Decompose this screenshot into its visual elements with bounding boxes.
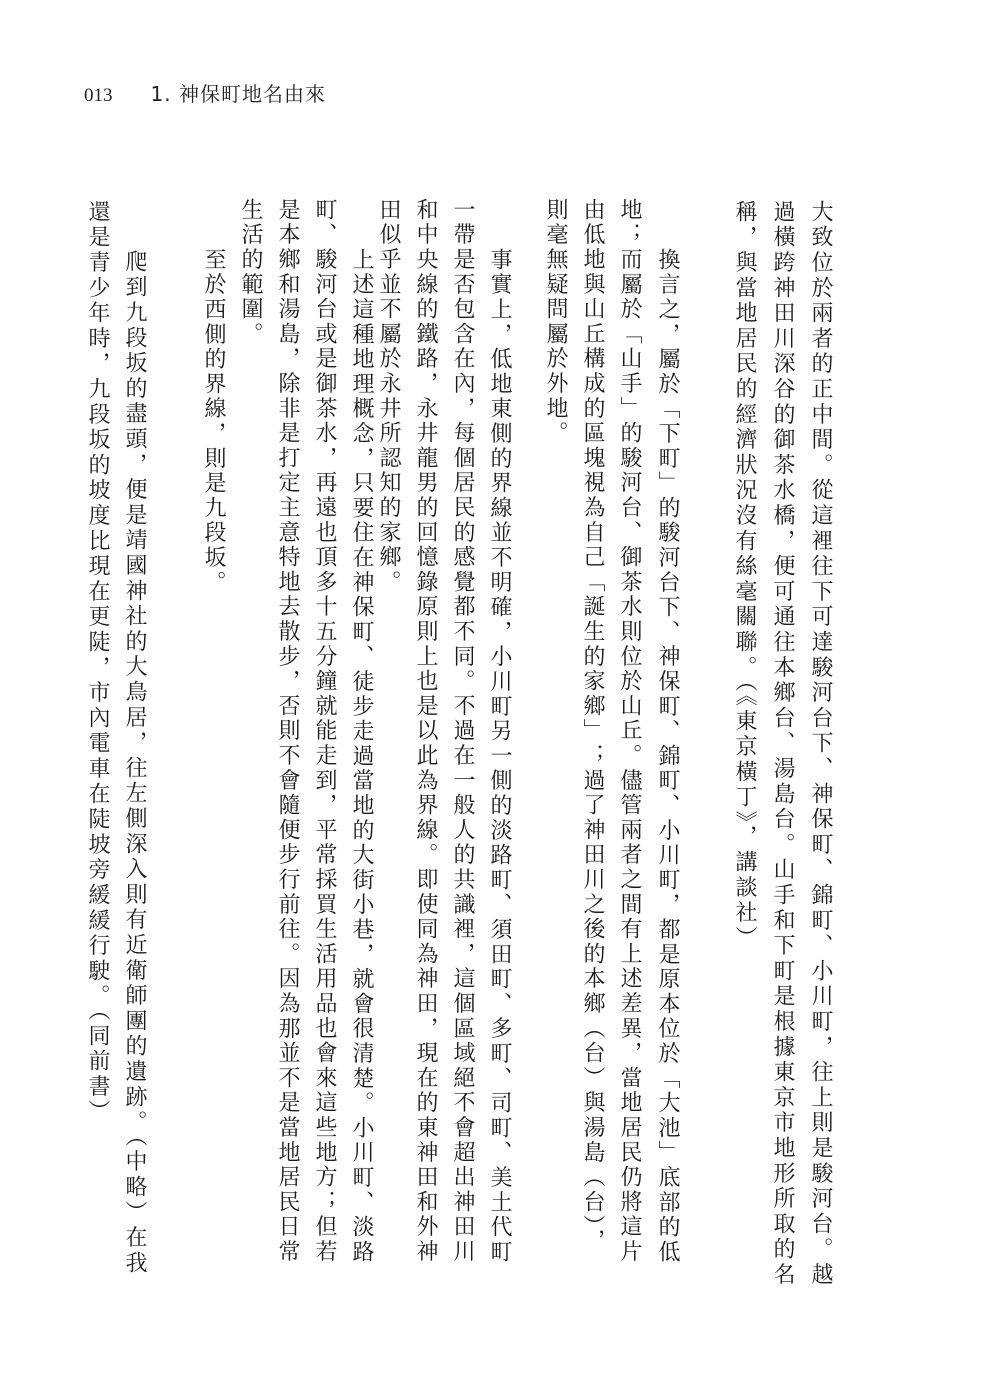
paragraph-line: 至於西側的界線，則是九段坂。 xyxy=(202,198,224,595)
paragraph-line: 事實上，低地東側的界線並不明確，小川町另一側的淡路町、須田町、多町、司町、美土代… xyxy=(488,198,510,1265)
paragraph-line: 生活的範圍。 xyxy=(239,198,261,347)
paragraph-line: 和中央線的鐵路，永井龍男的回憶錄原則上也是以此為界線。即使同為神田，現在的東神田… xyxy=(414,198,436,1264)
paragraph-line: 田似乎並不屬於永井所認知的家鄉。 xyxy=(377,198,399,595)
paragraph-line: 地；而屬於「山手」的駿河台、御茶水則位於山丘。儘管兩者之間有上述差異，當地居民仍… xyxy=(618,198,640,1264)
paragraph-line: 町、駿河台或是御茶水，再遠也頂多十五分鐘就能走到，平常採買生活用品也會來這些地方… xyxy=(313,198,335,1264)
paragraph-line: 由低地與山丘構成的區塊視為自己「誕生的家鄉」；過了神田川之後的本鄉（台）與湯島（… xyxy=(581,198,603,1253)
paragraph-line: 上述這種地理概念，只要住在神保町、徒步走過當地的大街小巷，就會很清楚。小川町、淡… xyxy=(350,198,372,1265)
quote-line: 稱，與當地居民的經濟狀況沒有絲毫關聯。（《東京橫丁》，講談社） xyxy=(733,200,755,951)
quote-line: 過橫跨神田川深谷的御茶水橋，便可通往本鄉台、湯島台。山手和下町是根據東京市地形所… xyxy=(771,200,793,1288)
quote-line: 還是青少年時，九段坂的坡度比現在更陡，市內電車在陡坡旁緩緩行駛。（同前書） xyxy=(86,200,108,1125)
paragraph-line: 換言之，屬於「下町」的駿河台下、神保町、錦町、小川町，都是原本位於「大池」底部的… xyxy=(656,198,678,1265)
paragraph-line: 則毫無疑問屬於外地。 xyxy=(544,198,566,446)
quote-line: 爬到九段坂的盡頭，便是靖國神社的大鳥居，往左側深入則有近衛師團的遺跡。（中略）在… xyxy=(123,250,145,1276)
running-header: 013 1. 神保町地名由來 xyxy=(84,78,326,108)
quote-line: 大致位於兩者的正中間。從這裡往下可達駿河台下、神保町、錦町、小川町，往上則是駿河… xyxy=(809,200,831,1288)
paragraph-line: 是本鄉和湯島，除非是打定主意特地去散步，否則不會隨便步行前往。因為那並不是當地居… xyxy=(276,198,298,1264)
page-number: 013 xyxy=(84,85,113,107)
chapter-title: 1. 神保町地名由來 xyxy=(151,78,326,107)
paragraph-line: 一帶是否包含在內，每個居民的感覺都不同。不過在一般人的共識裡，這個區域絕不會超出… xyxy=(451,198,473,1264)
